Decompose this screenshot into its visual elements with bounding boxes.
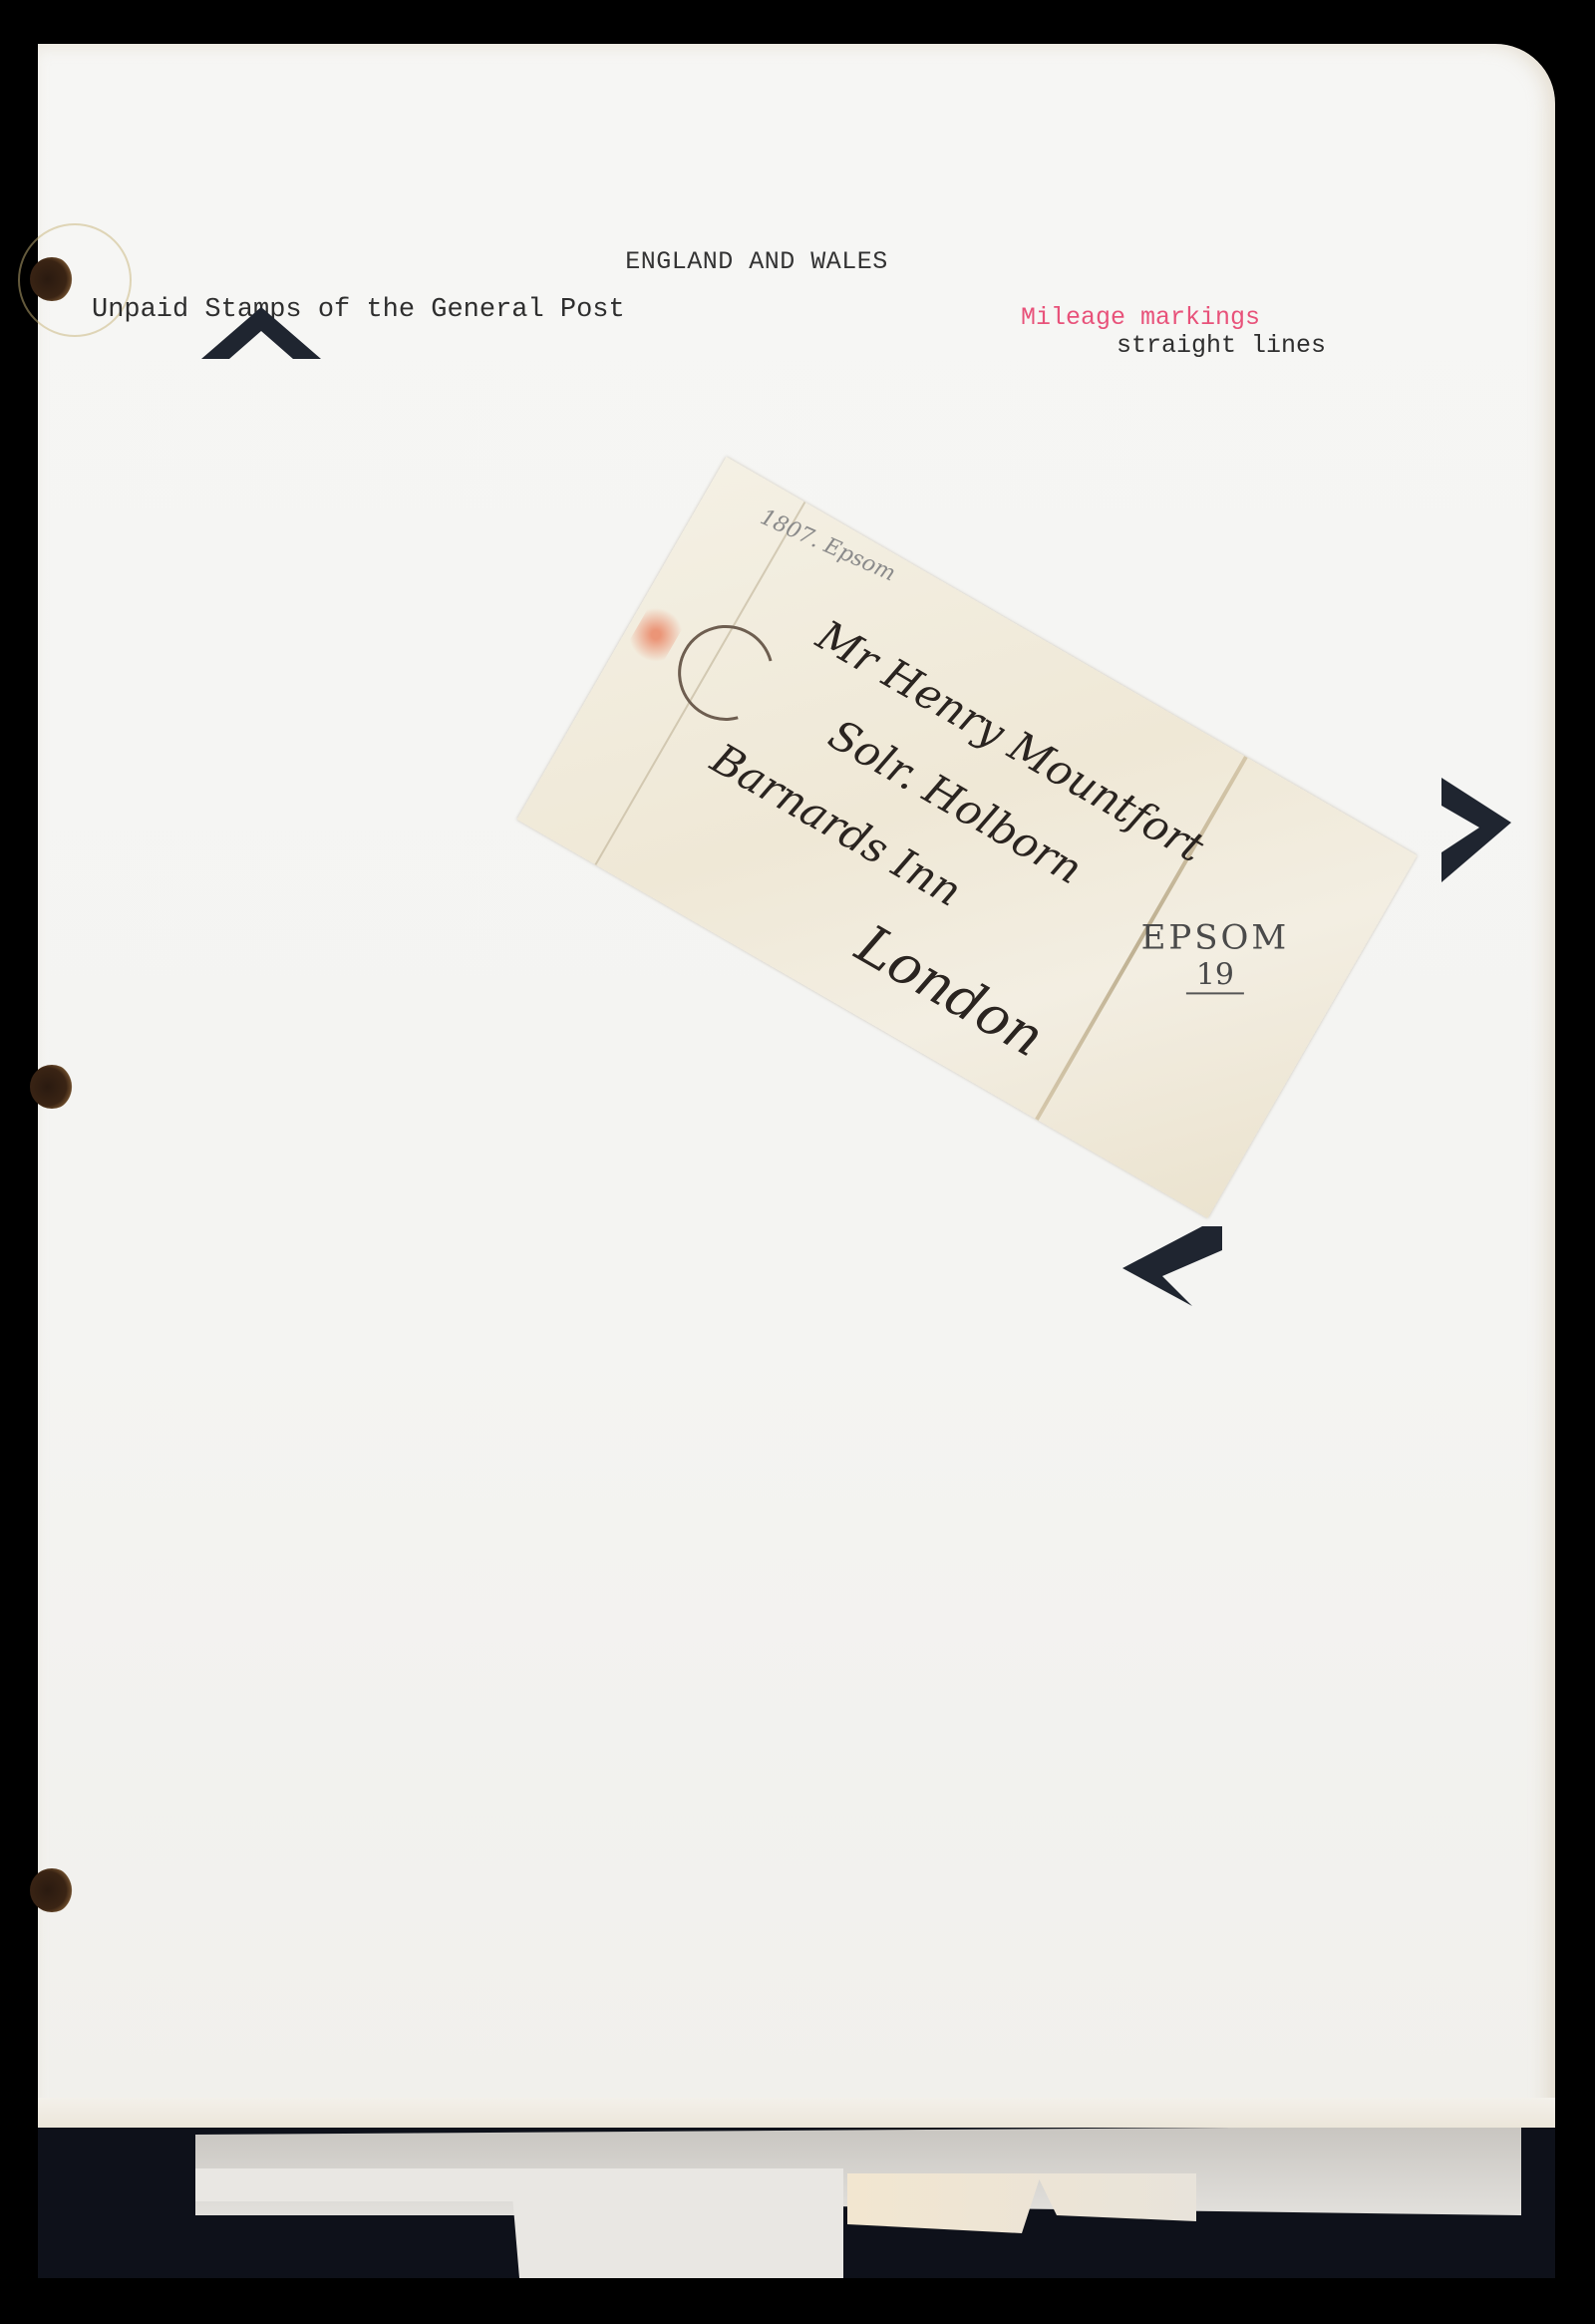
punch-hole: [30, 1065, 74, 1109]
postmark-town: EPSOM: [1140, 917, 1290, 957]
postal-cover-area: 1807. Epsom Mr Henry Mountfort Solr. Hol…: [439, 299, 1535, 1316]
mileage-postmark: EPSOM 19: [1140, 917, 1290, 994]
page-edge-shade: [38, 2098, 1555, 2128]
punch-hole: [30, 1868, 74, 1912]
address-line: London: [846, 912, 1055, 1069]
heading-text: ENGLAND AND WALES: [625, 247, 888, 276]
postal-cover: 1807. Epsom Mr Henry Mountfort Solr. Hol…: [517, 457, 1418, 1218]
page-heading: ENGLAND AND WALES: [38, 247, 1555, 276]
postmark-mileage: 19: [1186, 957, 1244, 994]
